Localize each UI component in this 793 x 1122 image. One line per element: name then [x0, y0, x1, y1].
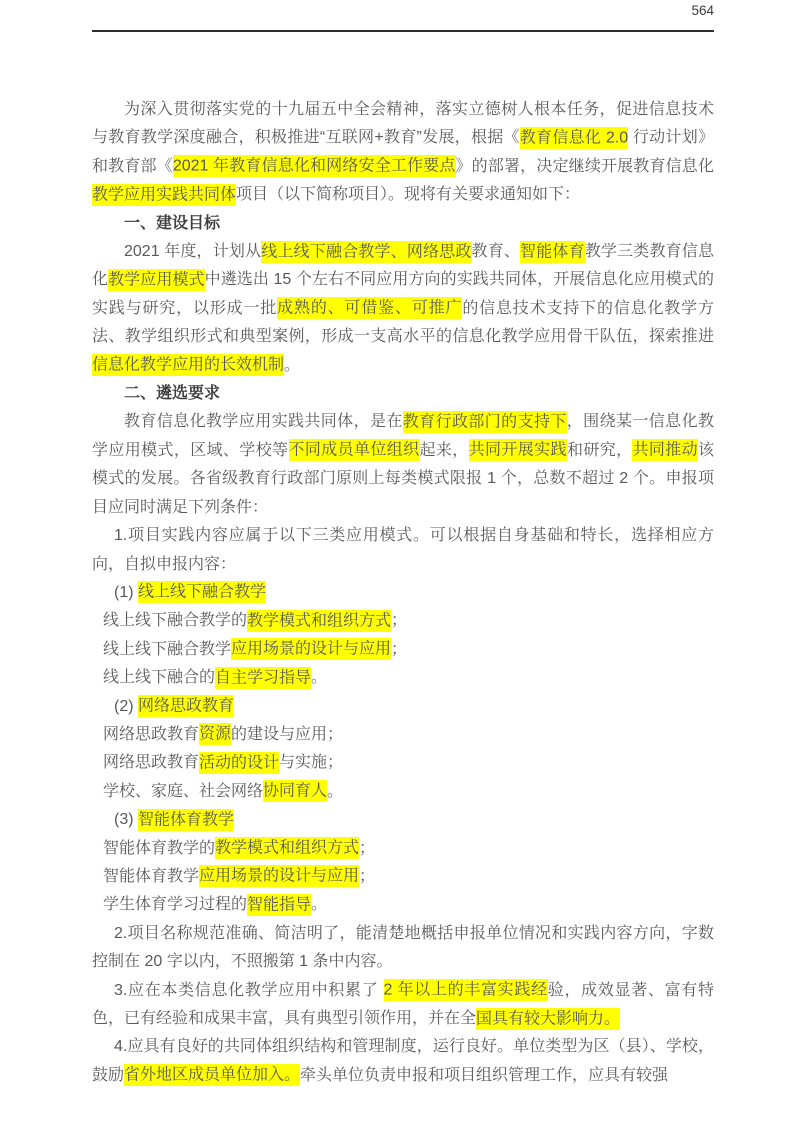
- numbered-paragraph: 2.项目名称规范准确、简洁明了，能清楚地概括申报单位情况和实践内容方向，字数控制…: [92, 920, 714, 977]
- text-run: 与实施；: [279, 754, 343, 771]
- list-item: 线上线下融合教学应用场景的设计与应用；: [92, 636, 714, 664]
- section-heading: 一、建设目标: [92, 210, 714, 238]
- list-item: 学校、家庭、社会网络协同育人。: [92, 778, 714, 806]
- page-number: 564: [691, 2, 714, 20]
- text-run: 。: [311, 669, 327, 686]
- highlighted-text: 网络思政教育: [138, 695, 234, 717]
- body-paragraph: 2021 年度，计划从线上线下融合教学、网络思政教育、智能体育教学三类教育信息化…: [92, 238, 714, 380]
- text-run: 一、建设目标: [124, 215, 220, 232]
- text-run: 线上线下融合教学的: [103, 612, 247, 629]
- highlighted-text: 应用场景的设计与应用: [231, 638, 391, 660]
- text-run: (1): [114, 584, 138, 601]
- text-run: (2): [114, 698, 138, 715]
- numbered-paragraph: 1.项目实践内容应属于以下三类应用模式。可以根据自身基础和特长，选择相应方向，自…: [92, 522, 714, 579]
- highlighted-text: 2021 年教育信息化和网络安全工作要点: [173, 155, 456, 177]
- text-run: 线上线下融合的: [103, 669, 215, 686]
- list-item: 线上线下融合的自主学习指导。: [92, 664, 714, 692]
- highlighted-text: 线上线下融合教学、: [261, 241, 407, 263]
- list-category-heading: (3) 智能体育教学: [92, 806, 714, 834]
- text-run: 二、遴选要求: [124, 385, 220, 402]
- text-run: 1.项目实践内容应属于以下三类应用模式。可以根据自身基础和特长，选择相应方向，自…: [92, 527, 714, 572]
- highlighted-text: 不同成员单位组织: [289, 439, 420, 461]
- highlighted-text: 教学应用模式: [108, 269, 205, 291]
- list-item: 智能体育教学应用场景的设计与应用；: [92, 863, 714, 891]
- list-item: 网络思政教育资源的建设与应用；: [92, 721, 714, 749]
- text-run: 和研究，: [567, 442, 633, 459]
- list-item: 智能体育教学的教学模式和组织方式；: [92, 835, 714, 863]
- text-run: 线上线下融合教学: [103, 641, 231, 658]
- highlighted-text: 自主学习指导: [215, 667, 311, 689]
- body-paragraph: 教育信息化教学应用实践共同体，是在教育行政部门的支持下，围绕某一信息化教学应用模…: [92, 408, 714, 522]
- highlighted-text: 信息化教学应用的长效机制: [92, 354, 284, 376]
- text-run: (3): [114, 811, 138, 828]
- list-item: 网络思政教育活动的设计与实施；: [92, 749, 714, 777]
- highlighted-text: 省外地区成员单位加入。: [124, 1064, 300, 1086]
- highlighted-text: 智能指导: [247, 894, 311, 916]
- highlighted-text: 活动的设计: [199, 752, 279, 774]
- list-category-heading: (1) 线上线下融合教学: [92, 579, 714, 607]
- list-item: 学生体育学习过程的智能指导。: [92, 891, 714, 919]
- numbered-paragraph: 4.应具有良好的共同体组织结构和管理制度，运行良好。单位类型为区（县）、学校，鼓…: [92, 1033, 714, 1090]
- list-category-heading: (2) 网络思政教育: [92, 693, 714, 721]
- text-run: 牵头单位负责申报和项目组织管理工作，应具有较强: [300, 1067, 668, 1084]
- text-run: 智能体育教学: [103, 868, 199, 885]
- highlighted-text: 协同育人: [263, 780, 327, 802]
- text-run: 网络思政教育: [103, 726, 199, 743]
- text-run: 学生体育学习过程的: [103, 896, 247, 913]
- highlighted-text: 共同推动: [632, 439, 698, 461]
- text-run: 。: [311, 896, 327, 913]
- body-paragraph: 为深入贯彻落实党的十九届五中全会精神，落实立德树人根本任务，促进信息技术与教育教…: [92, 96, 714, 210]
- text-run: 教育信息化教学应用实践共同体，是在: [124, 413, 403, 430]
- section-heading: 二、遴选要求: [92, 380, 714, 408]
- highlighted-text: 线上线下融合教学: [138, 581, 266, 603]
- numbered-paragraph: 3.应在本类信息化教学应用中积累了 2 年以上的丰富实践经验，成效显著、富有特色…: [92, 977, 714, 1034]
- highlighted-text: 教育行政部门的支持下: [403, 411, 567, 433]
- document-body: 为深入贯彻落实党的十九届五中全会精神，落实立德树人根本任务，促进信息技术与教育教…: [92, 96, 714, 1090]
- text-run: 学校、家庭、社会网络: [103, 783, 263, 800]
- text-run: 2.项目名称规范准确、简洁明了，能清楚地概括申报单位情况和实践内容方向，字数控制…: [92, 925, 714, 970]
- highlighted-text: 教学模式和组织方式: [247, 610, 391, 632]
- text-run: 项目（以下简称项目）。现将有关要求通知如下：: [236, 186, 580, 203]
- highlighted-text: 国具有较大影响力。: [476, 1008, 620, 1030]
- highlighted-text: 资源: [199, 723, 231, 745]
- highlighted-text: 成熟的、可借鉴、可推广: [277, 297, 462, 319]
- text-run: ；: [391, 641, 407, 658]
- text-run: 智能体育教学的: [103, 840, 215, 857]
- text-run: 教育、: [472, 243, 521, 260]
- header-divider: [92, 30, 714, 32]
- list-item: 线上线下融合教学的教学模式和组织方式；: [92, 607, 714, 635]
- text-run: ；: [391, 612, 407, 629]
- text-run: 。: [327, 783, 343, 800]
- highlighted-text: 应用场景的设计与应用: [199, 865, 359, 887]
- text-run: 的建设与应用；: [231, 726, 343, 743]
- text-run: 3.应在本类信息化教学应用中积累了: [114, 982, 384, 999]
- highlighted-text: 教学模式和组织方式: [215, 837, 359, 859]
- highlighted-text: 2 年以上的丰富实践经: [384, 979, 548, 1001]
- highlighted-text: 共同开展实践: [469, 439, 567, 461]
- text-run: 》的部署，决定继续开展教育信息化: [456, 158, 714, 175]
- text-run: 起来，: [420, 442, 469, 459]
- highlighted-text: 网络思政: [407, 241, 472, 263]
- highlighted-text: 智能体育: [520, 241, 585, 263]
- text-run: ；: [359, 840, 375, 857]
- text-run: ；: [359, 868, 375, 885]
- highlighted-text: 教育信息化 2.0: [520, 127, 628, 149]
- text-run: 网络思政教育: [103, 754, 199, 771]
- highlighted-text: 智能体育教学: [138, 809, 234, 831]
- highlighted-text: 教学应用实践共同体: [92, 184, 236, 206]
- text-run: 。: [284, 357, 300, 374]
- text-run: 2021 年度，计划从: [124, 243, 261, 260]
